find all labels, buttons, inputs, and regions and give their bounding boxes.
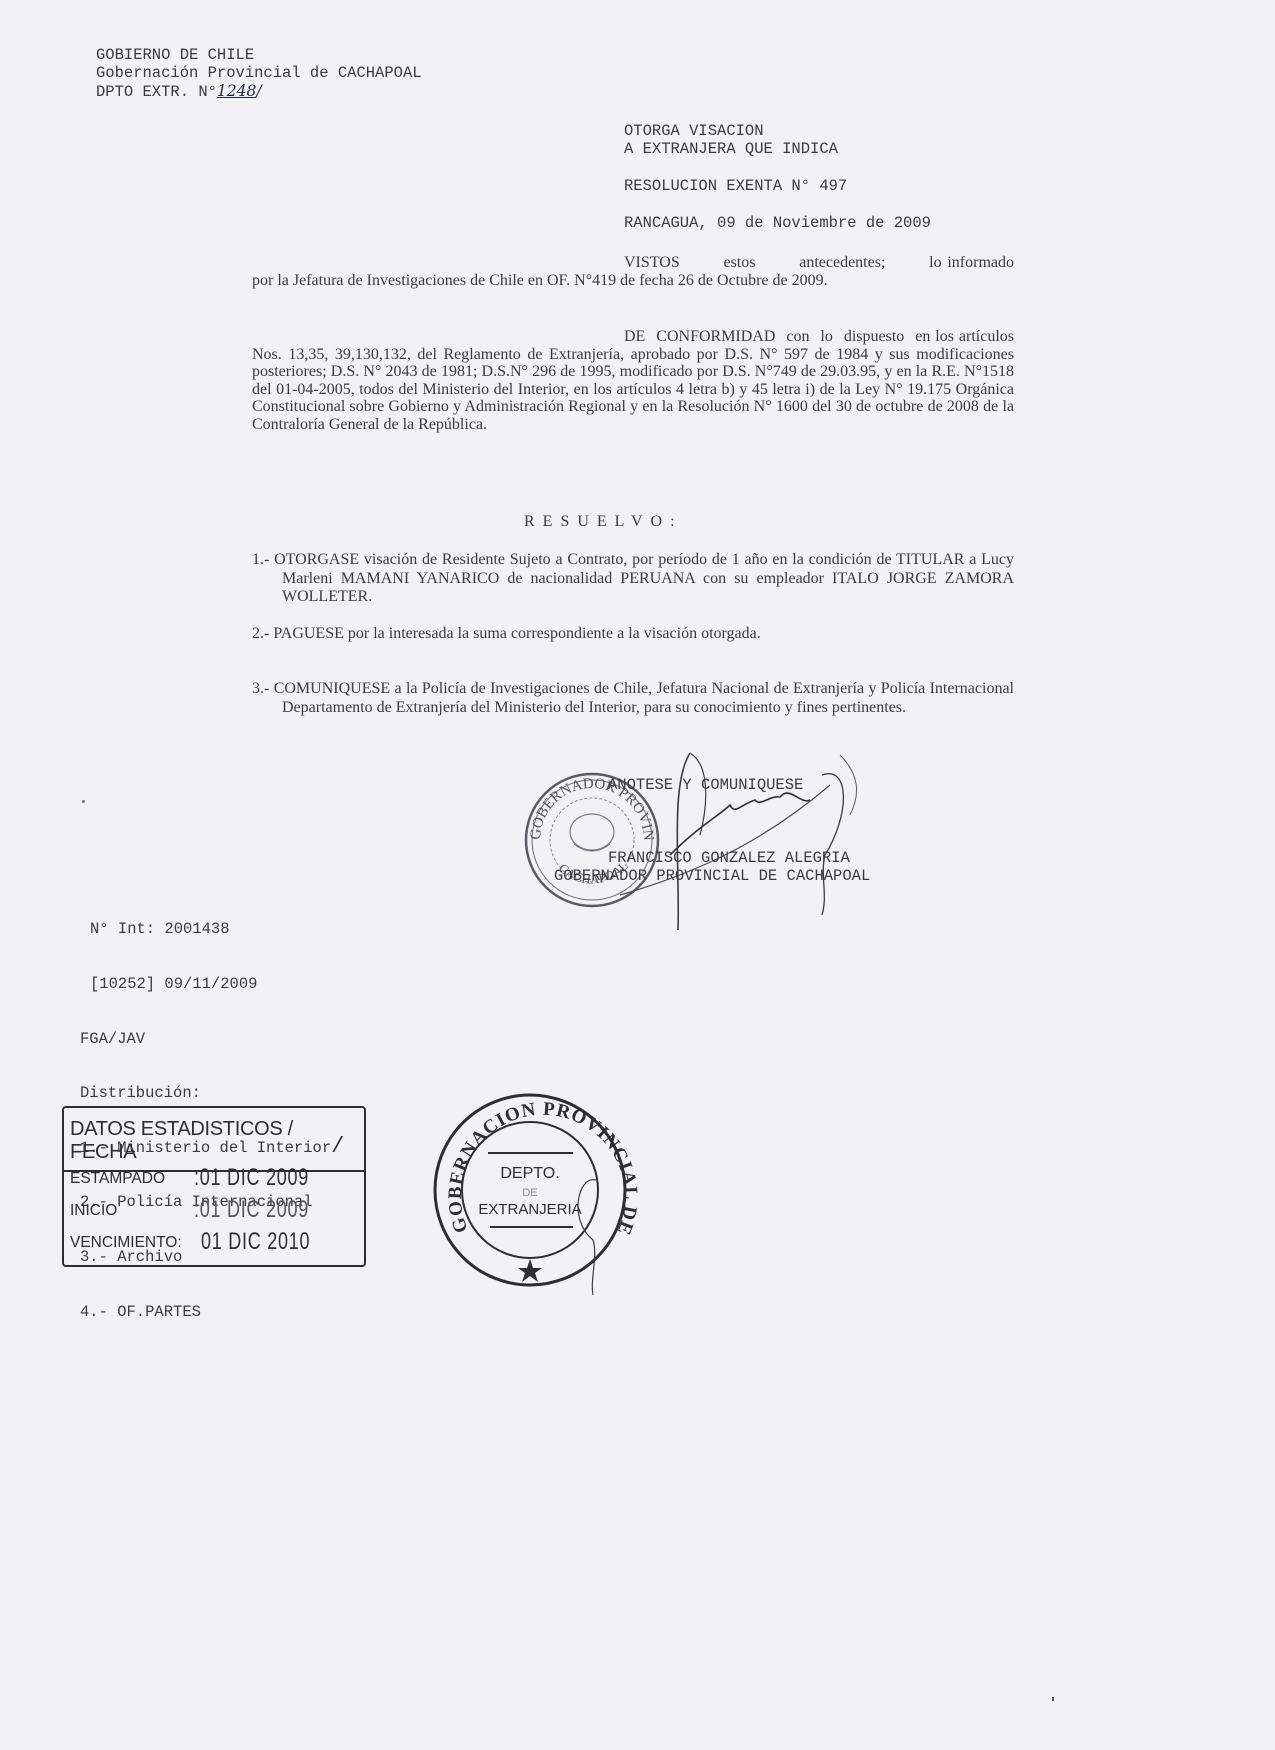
scan-speck: [82, 800, 85, 803]
initials: FGA/JAV: [80, 1030, 344, 1048]
signatory-name: FRANCISCO GONZALEZ ALEGRIA: [608, 849, 850, 867]
closing-line: ANOTESE Y COMUNIQUESE: [608, 776, 803, 794]
subject-line-1: OTORGA VISACION: [624, 122, 931, 140]
statistics-date-stamp: DATOS ESTADISTICOS / FECHA ESTAMPADO :01…: [62, 1106, 366, 1267]
signatory-role: GOBERNADOR PROVINCIAL DE CACHAPOAL: [554, 867, 870, 885]
stamp-title: DATOS ESTADISTICOS / FECHA: [64, 1108, 364, 1172]
reference-date: [10252] 09/11/2009: [80, 975, 344, 993]
stamp-row-inicio: INICIO: [70, 1202, 117, 1220]
government-name: GOBIERNO DE CHILE: [96, 46, 422, 64]
resolution-number: RESOLUCION EXENTA N° 497: [624, 177, 931, 195]
stamp-value-vencimiento: 01 DIC 2010: [201, 1228, 310, 1256]
place-date: RANCAGUA, 09 de Noviembre de 2009: [624, 214, 931, 232]
conformidad-lead: DE CONFORMIDAD con lo dispuesto en: [624, 328, 930, 345]
resolution-item-1: 1.- OTORGASE visación de Residente Sujet…: [252, 551, 1014, 607]
distribution-label: Distribución:: [80, 1084, 344, 1102]
resolution-item-2: 2.- PAGUESE por la interesada la suma co…: [252, 625, 1014, 644]
title-block: OTORGA VISACION A EXTRANJERA QUE INDICA …: [624, 122, 931, 232]
resolution-item-3: 3.- COMUNIQUESE a la Policía de Investig…: [252, 680, 1014, 717]
svg-text:DE: DE: [522, 1187, 537, 1199]
stamp-row-vencimiento: VENCIMIENTO:: [70, 1234, 182, 1252]
stamp-value-inicio: :01 DIC 2009: [194, 1196, 309, 1224]
subject-line-2: A EXTRANJERA QUE INDICA: [624, 140, 931, 158]
conformidad-paragraph: DE CONFORMIDAD con lo dispuesto en los a…: [252, 328, 1014, 434]
internal-number: N° Int: 2001438: [80, 920, 344, 938]
stamp-row-estampado: ESTAMPADO: [70, 1170, 165, 1188]
letterhead: GOBIERNO DE CHILE Gobernación Provincial…: [96, 46, 422, 101]
provincial-office: Gobernación Provincial de CACHAPOAL: [96, 64, 422, 82]
svg-text:EXTRANJERIA: EXTRANJERIA: [478, 1201, 581, 1218]
stamp-value-estampado: :01 DIC 2009: [194, 1164, 309, 1192]
vistos-paragraph: VISTOS estos antecedentes; lo informado …: [252, 254, 1014, 289]
vistos-lead: VISTOS estos antecedentes; lo: [624, 254, 942, 271]
dept-reference: DPTO EXTR. N°1248/: [96, 82, 422, 101]
resuelvo-heading: RESUELVO:: [524, 513, 683, 531]
svg-text:DEPTO.: DEPTO.: [500, 1165, 559, 1182]
distribution-item: 4.- OF.PARTES: [80, 1303, 344, 1321]
handwritten-dept-number: 1248: [217, 82, 256, 100]
handwritten-signature: [560, 745, 880, 935]
department-seal: GOBERNACION PROVINCIAL DE CACHAPOAL DEPT…: [428, 1080, 658, 1310]
scan-speck: [1052, 1697, 1054, 1701]
